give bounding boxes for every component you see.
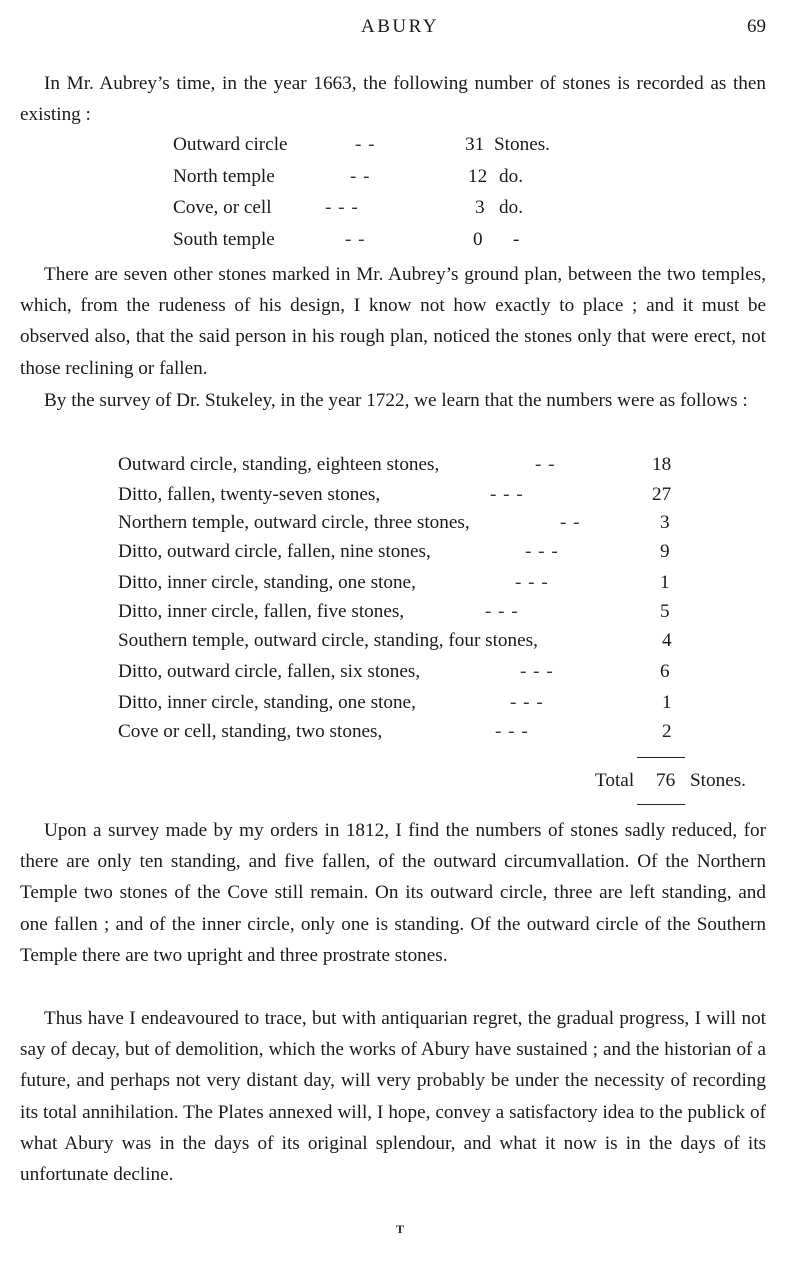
stukeley-row: Outward circle, standing, eighteen stone…: [0, 450, 800, 480]
row-label: Ditto, inner circle, standing, one stone…: [118, 568, 416, 598]
row-count: 1: [660, 568, 670, 598]
row-label: Ditto, inner circle, fallen, five stones…: [118, 597, 404, 627]
paragraph-seven-stones: There are seven other stones marked in M…: [20, 259, 766, 384]
row-unit: Stones.: [494, 130, 550, 160]
stukeley-total-row: Total 76 Stones.: [0, 766, 800, 796]
aubrey-row: South temple - - 0 -: [0, 225, 800, 255]
row-unit: -: [513, 225, 519, 255]
row-label: Ditto, outward circle, fallen, nine ston…: [118, 537, 431, 567]
row-count: 9: [660, 537, 670, 567]
row-leader: - -: [560, 508, 581, 538]
row-leader: - - -: [485, 597, 519, 627]
total-rule-top: [637, 757, 685, 758]
paragraph-conclusion: Thus have I endeavoured to trace, but wi…: [20, 1003, 766, 1190]
row-label: Cove or cell, standing, two stones,: [118, 717, 382, 747]
row-leader: - - -: [325, 193, 359, 223]
row-label: South temple: [173, 225, 275, 255]
row-leader: - - -: [515, 568, 549, 598]
row-leader: - - -: [495, 717, 529, 747]
row-label: Ditto, inner circle, standing, one stone…: [118, 688, 416, 718]
row-count: 3: [475, 193, 485, 223]
page-number: 69: [747, 16, 766, 38]
aubrey-row: North temple - - 12 do.: [0, 162, 800, 192]
stukeley-row: Ditto, inner circle, standing, one stone…: [0, 688, 800, 718]
signature-mark: T: [0, 1222, 800, 1237]
stukeley-row: Ditto, outward circle, fallen, six stone…: [0, 657, 800, 687]
page-header: ABURY 69: [0, 16, 800, 46]
aubrey-row: Outward circle - - 31 Stones.: [0, 130, 800, 160]
row-count: 31: [465, 130, 484, 160]
row-count: 12: [468, 162, 487, 192]
row-unit: do.: [499, 193, 523, 223]
row-leader: - - -: [525, 537, 559, 567]
row-leader: - - -: [510, 688, 544, 718]
row-count: 2: [662, 717, 672, 747]
stukeley-row: Ditto, outward circle, fallen, nine ston…: [0, 537, 800, 567]
stukeley-row: Southern temple, outward circle, standin…: [0, 626, 800, 656]
total-value: 76: [656, 766, 675, 796]
row-count: 27: [652, 480, 671, 510]
running-title: ABURY: [0, 16, 800, 38]
aubrey-row: Cove, or cell - - - 3 do.: [0, 193, 800, 223]
row-label: Outward circle: [173, 130, 288, 160]
row-count: 18: [652, 450, 671, 480]
row-count: 4: [662, 626, 672, 656]
row-label: Cove, or cell: [173, 193, 272, 223]
row-leader: - -: [345, 225, 366, 255]
row-label: Ditto, fallen, twenty-seven stones,: [118, 480, 380, 510]
row-count: 0: [473, 225, 483, 255]
paragraph-aubrey-intro: In Mr. Aubrey’s time, in the year 1663, …: [20, 68, 766, 130]
row-count: 1: [662, 688, 672, 718]
row-count: 5: [660, 597, 670, 627]
row-leader: - -: [355, 130, 376, 160]
total-unit: Stones.: [690, 766, 746, 796]
total-label: Total: [595, 766, 634, 796]
total-rule-bottom: [637, 804, 685, 805]
stukeley-row: Ditto, inner circle, standing, one stone…: [0, 568, 800, 598]
row-leader: - - -: [520, 657, 554, 687]
stukeley-row: Ditto, inner circle, fallen, five stones…: [0, 597, 800, 627]
row-unit: do.: [499, 162, 523, 192]
stukeley-row: Ditto, fallen, twenty-seven stones, - - …: [0, 480, 800, 510]
row-count: 6: [660, 657, 670, 687]
row-leader: - -: [535, 450, 556, 480]
row-label: North temple: [173, 162, 275, 192]
row-count: 3: [660, 508, 670, 538]
stukeley-row: Cove or cell, standing, two stones, - - …: [0, 717, 800, 747]
row-label: Northern temple, outward circle, three s…: [118, 508, 470, 538]
row-label: Ditto, outward circle, fallen, six stone…: [118, 657, 420, 687]
row-leader: - - -: [490, 480, 524, 510]
paragraph-stukeley-intro: By the survey of Dr. Stukeley, in the ye…: [20, 385, 766, 416]
row-label: Outward circle, standing, eighteen stone…: [118, 450, 439, 480]
row-leader: - -: [350, 162, 371, 192]
paragraph-1812-survey: Upon a survey made by my orders in 1812,…: [20, 815, 766, 971]
row-label: Southern temple, outward circle, standin…: [118, 626, 538, 656]
stukeley-row: Northern temple, outward circle, three s…: [0, 508, 800, 538]
